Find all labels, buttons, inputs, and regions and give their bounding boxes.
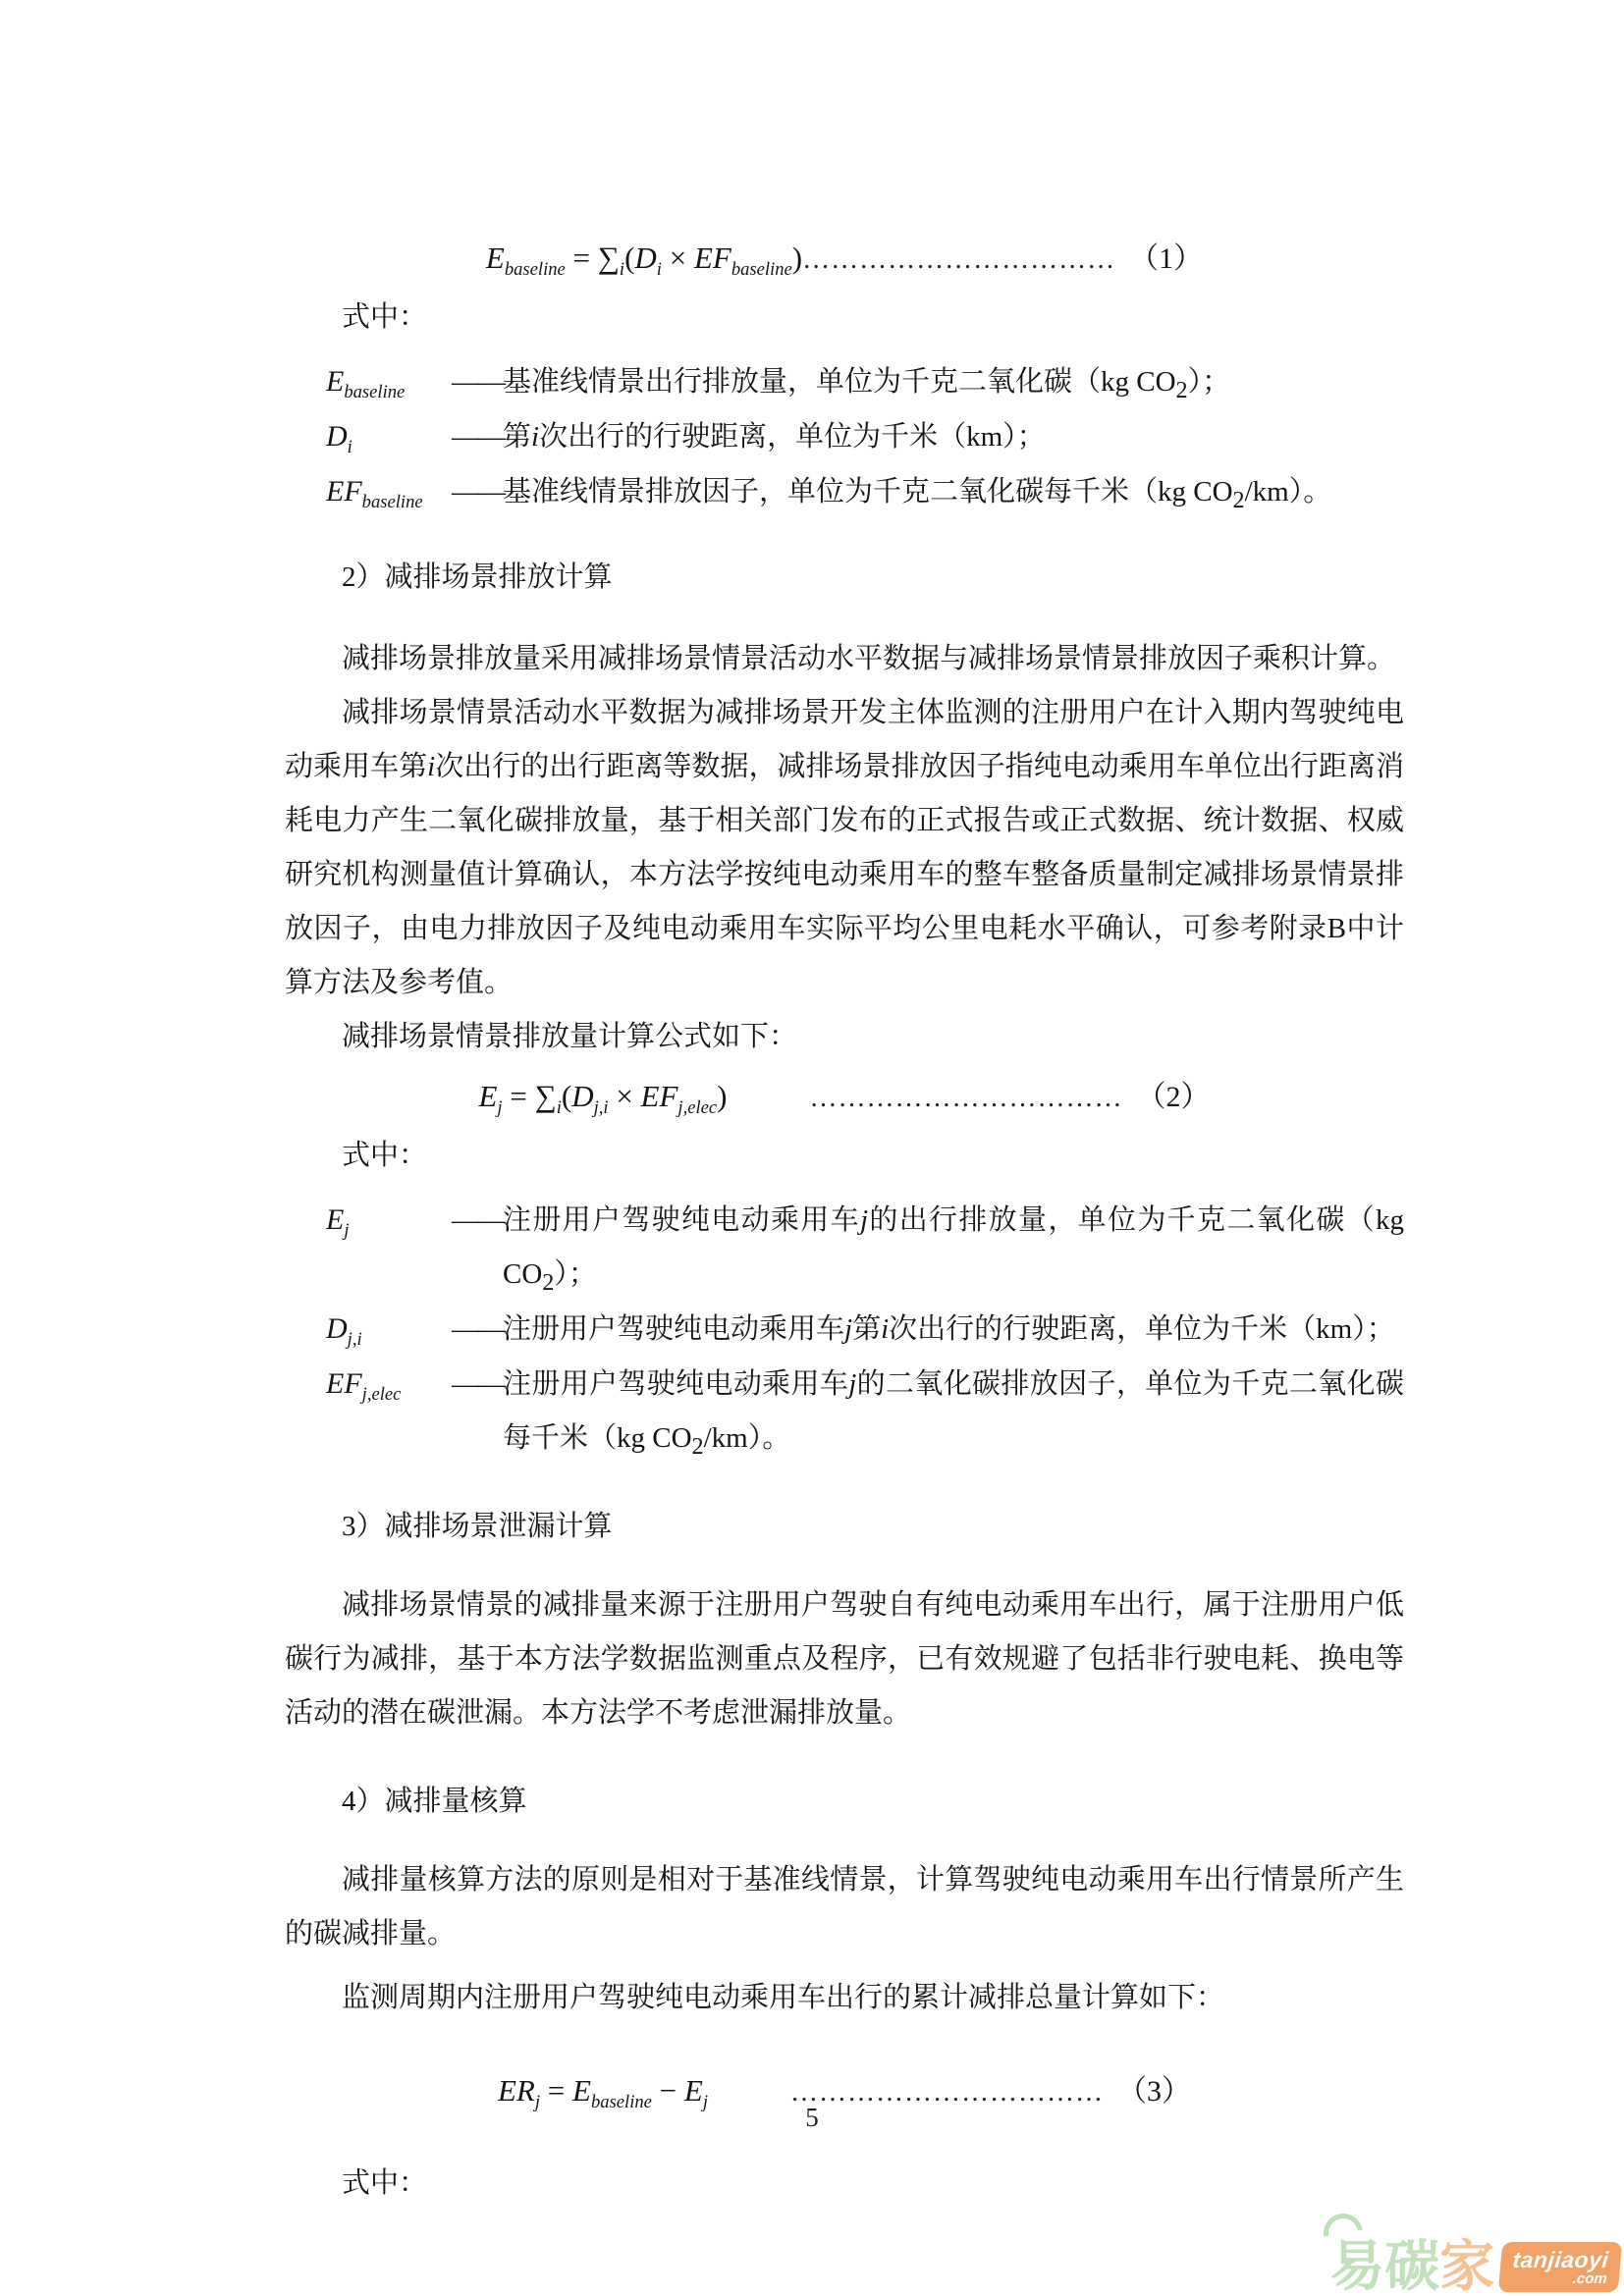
watermark-logo: 易 碳 家 tanjiaoyi .com [1329,2239,1620,2294]
symbol: EFj,elec [326,1357,452,1411]
symbol: Ej [326,1193,452,1247]
paragraph-activity: 减排场景排放量采用减排场景情景活动水平数据与减排场景情景排放因子乘积计算。 [285,632,1404,686]
formula-2-dot-leader: …………………………… [810,1068,1123,1129]
page-number: 5 [0,2103,1624,2133]
definition-row: Ebaseline —— 基准线情景出行排放量，单位为千克二氧化碳（kg CO2… [326,354,1404,409]
em-dash: —— [452,1358,503,1412]
formula-2: Ej = ∑i(Dj,i × EFj,elec)……………………………（2） [285,1066,1404,1129]
symbol: Dj,i [326,1302,452,1356]
paragraph-accounting: 减排量核算方法的原则是相对于基准线情景，计算驾驶纯电动乘用车出行情景所产生的碳减… [285,1853,1404,1961]
definition-text: 基准线情景排放因子，单位为千克二氧化碳每千米（kg CO2/km）。 [503,465,1404,519]
definition-text: 第i次出行的行驶距离，单位为千米（km）； [503,410,1404,464]
definition-text: 注册用户驾驶纯电动乘用车j的出行排放量，单位为千克二氧化碳（kg CO2）； [503,1194,1404,1302]
em-dash: —— [452,1194,503,1248]
definition-row: EFbaseline —— 基准线情景排放因子，单位为千克二氧化碳每千米（kg … [326,464,1404,519]
section-heading-3: 3）减排场景泄漏计算 [285,1500,1404,1554]
watermark-characters: 易 碳 家 [1329,2239,1494,2294]
em-dash: —— [452,465,503,519]
paragraph-monitor: 监测周期内注册用户驾驶纯电动乘用车出行的累计减排总量计算如下： [285,1971,1404,2025]
page-content: Ebaseline = ∑i(Di × EFbaseline)………………………… [285,228,1404,2211]
watermark-char-tan: 碳 [1384,2239,1439,2294]
paragraph-formula-intro: 减排场景情景排放量计算公式如下： [285,1010,1404,1064]
definition-text: 注册用户驾驶纯电动乘用车j第i次出行的行驶距离，单位为千米（km）； [503,1303,1404,1357]
definition-text: 注册用户驾驶纯电动乘用车j的二氧化碳排放因子，单位为千克二氧化碳每千米（kg C… [503,1358,1404,1466]
section-heading-2: 2）减排场景排放计算 [285,551,1404,605]
document-page: Ebaseline = ∑i(Di × EFbaseline)………………………… [0,0,1624,2296]
formula-1-dot-leader: …………………………… [802,230,1115,291]
where-label-2: 式中： [285,1129,1404,1183]
watermark-char-jia: 家 [1439,2239,1494,2294]
where-label-3: 式中： [285,2157,1404,2211]
paragraph-detail: 减排场景情景活动水平数据为减排场景开发主体监测的注册用户在计入期内驾驶纯电动乘用… [285,686,1404,1010]
definition-text: 基准线情景出行排放量，单位为千克二氧化碳（kg CO2）； [503,355,1404,409]
em-dash: —— [452,1303,503,1357]
watermark-badge-line2: .com [1572,2271,1607,2286]
definition-row: Dj,i —— 注册用户驾驶纯电动乘用车j第i次出行的行驶距离，单位为千米（km… [326,1302,1404,1357]
definition-row: Di —— 第i次出行的行驶距离，单位为千米（km）； [326,409,1404,464]
section-heading-4: 4）减排量核算 [285,1775,1404,1829]
where-label-1: 式中： [285,291,1404,345]
em-dash: —— [452,410,503,464]
formula-1-expression: Ebaseline = ∑i(Di × EFbaseline) [486,228,802,289]
formula-2-number: （2） [1137,1067,1211,1128]
watermark-badge-line1: tanjiaoyi [1512,2249,1610,2271]
definition-row: EFj,elec —— 注册用户驾驶纯电动乘用车j的二氧化碳排放因子，单位为千克… [326,1357,1404,1466]
definition-row: Ej —— 注册用户驾驶纯电动乘用车j的出行排放量，单位为千克二氧化碳（kg C… [326,1193,1404,1302]
symbol: Ebaseline [326,354,452,408]
symbol: Di [326,409,452,463]
watermark-badge: tanjiaoyi .com [1498,2242,1622,2292]
paragraph-leakage: 减排场景情景的减排量来源于注册用户驾驶自有纯电动乘用车出行，属于注册用户低碳行为… [285,1578,1404,1740]
definition-list-1: Ebaseline —— 基准线情景出行排放量，单位为千克二氧化碳（kg CO2… [285,354,1404,519]
symbol: EFbaseline [326,464,452,518]
formula-1-number: （1） [1129,229,1203,290]
formula-2-expression: Ej = ∑i(Dj,i × EFj,elec) [478,1066,727,1127]
formula-1: Ebaseline = ∑i(Di × EFbaseline)………………………… [285,228,1404,291]
em-dash: —— [452,355,503,409]
definition-list-2: Ej —— 注册用户驾驶纯电动乘用车j的出行排放量，单位为千克二氧化碳（kg C… [285,1193,1404,1466]
